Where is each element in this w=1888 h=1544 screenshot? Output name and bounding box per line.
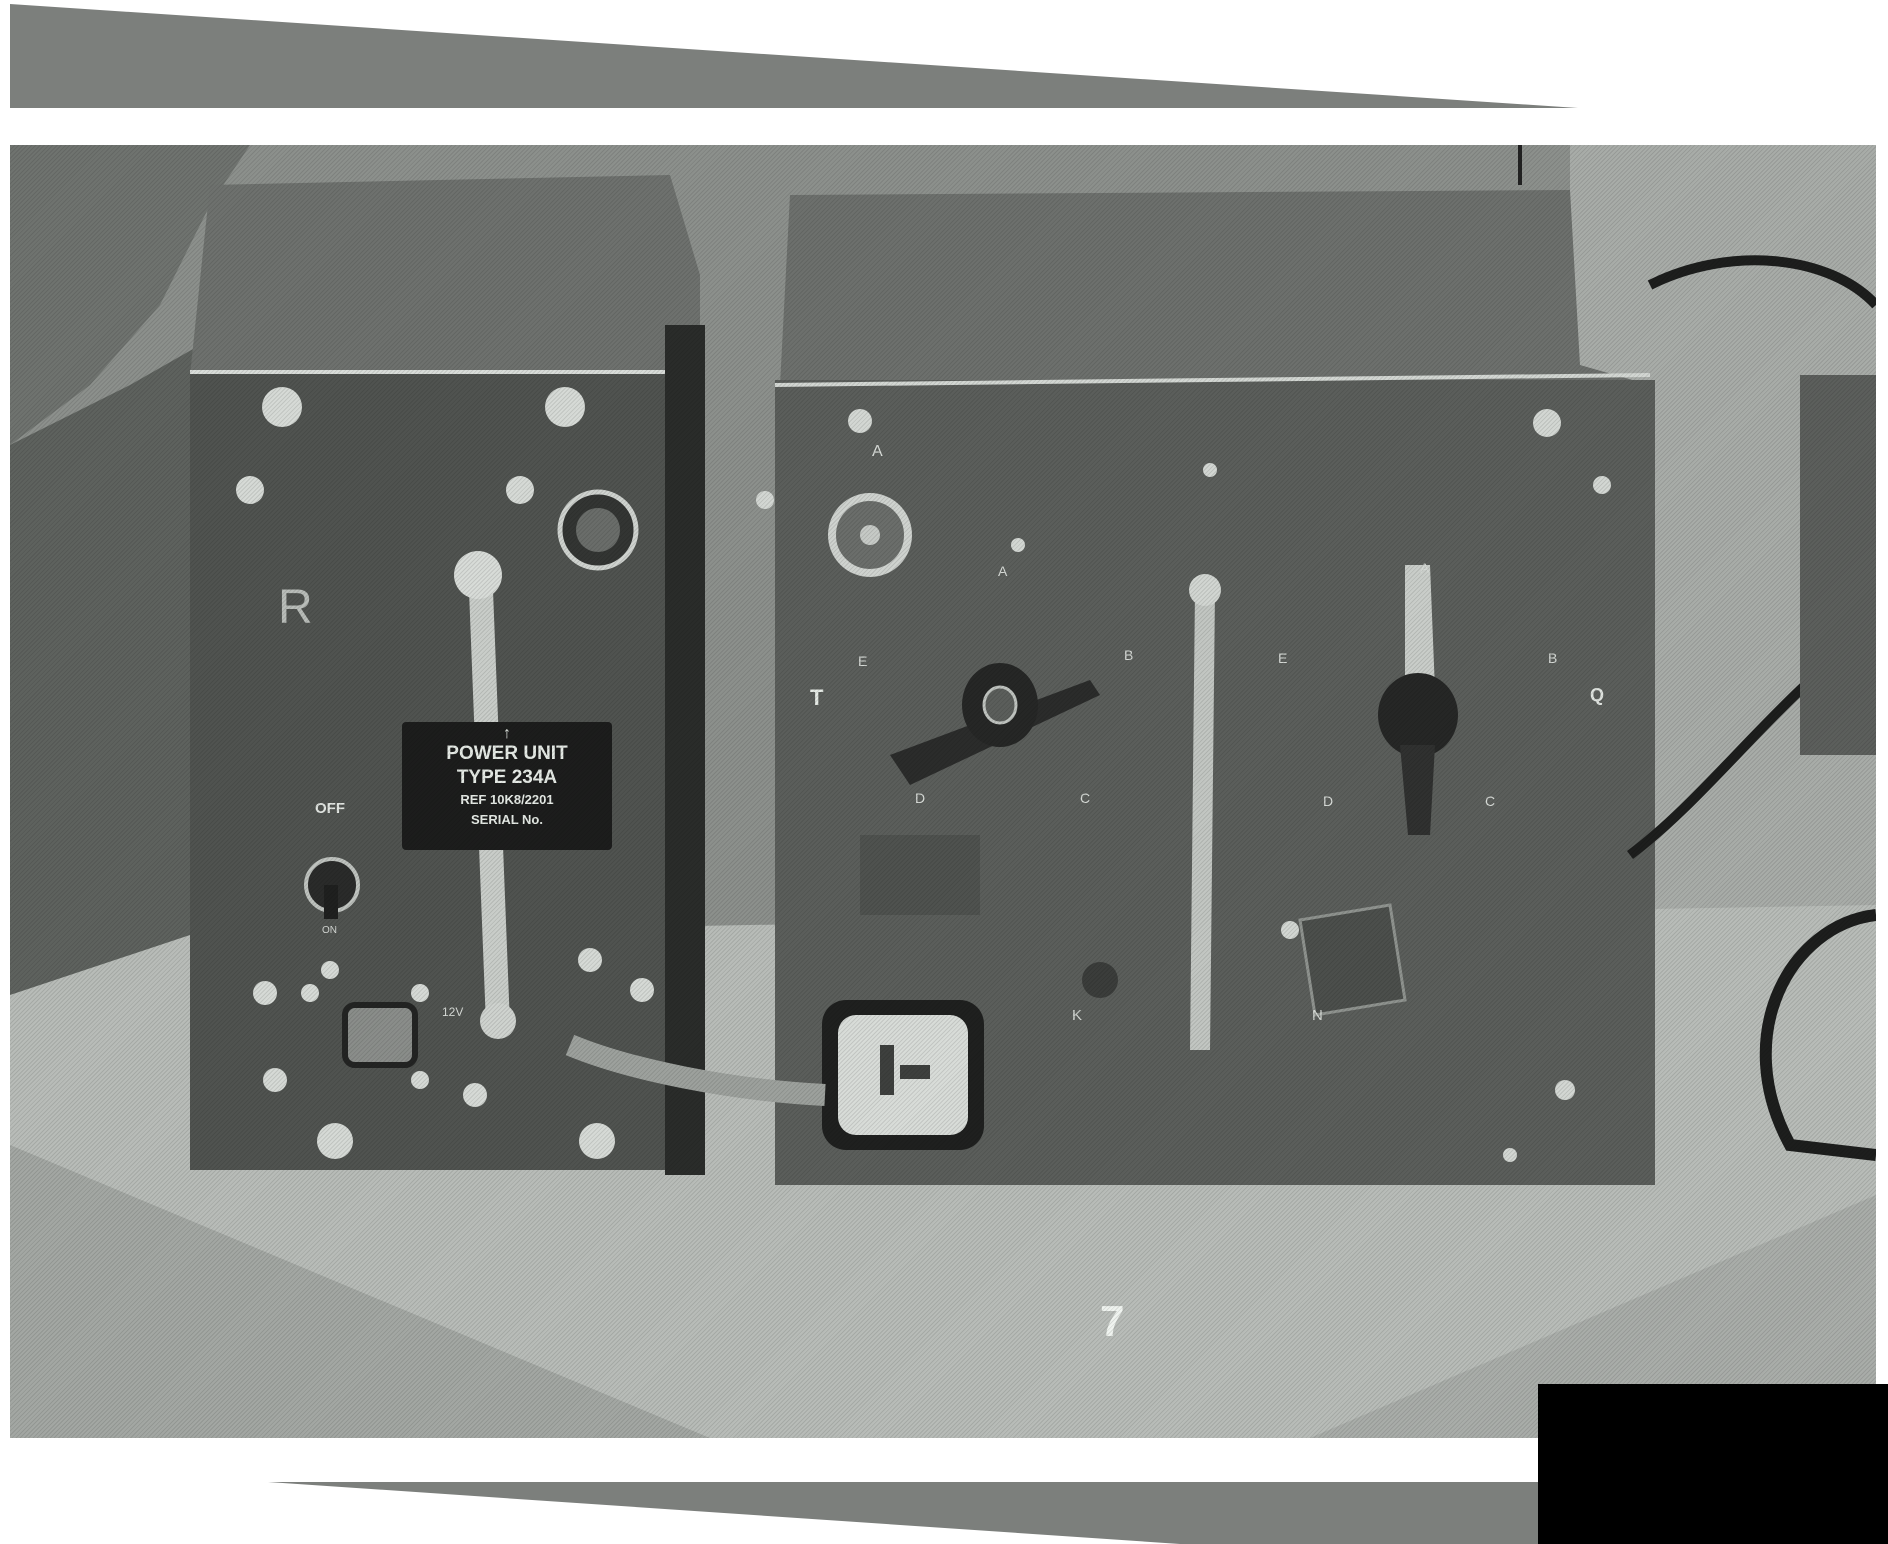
equipment-photo: R ↑ POWER UNIT TYPE 234A REF 10K8/2201 S… <box>10 145 1876 1438</box>
left-dial-d: D <box>915 790 925 806</box>
nameplate-title: POWER UNIT <box>402 742 612 766</box>
top-wedge-band <box>0 0 1888 140</box>
right-rotary-knob[interactable] <box>1378 528 1458 612</box>
label-n: N <box>1312 1007 1323 1024</box>
power-toggle-switch[interactable] <box>306 857 358 919</box>
label-k: K <box>1072 1007 1082 1024</box>
right-dial-b: B <box>1548 650 1557 666</box>
nameplate-ref: REF 10K8/2201 <box>402 790 612 810</box>
redaction-block <box>1538 1384 1888 1544</box>
switch-label-on: ON <box>322 925 337 936</box>
switch-label-off: OFF <box>315 800 345 817</box>
photo-scene <box>10 145 1876 1438</box>
right-dial-e: E <box>1278 650 1287 666</box>
nameplate-type: TYPE 234A <box>402 766 612 790</box>
nameplate-arrow: ↑ <box>402 726 612 742</box>
right-dial-d: D <box>1323 793 1333 809</box>
caption-number: 7 <box>1100 1297 1124 1347</box>
main-label-q: Q <box>1590 685 1604 706</box>
socket-label-a: A <box>872 443 883 461</box>
right-dial-c: C <box>1485 793 1495 809</box>
power-unit <box>190 175 705 1175</box>
voltage-label: 12V <box>442 1005 463 1019</box>
left-rotary-knob[interactable] <box>962 518 1038 602</box>
panel-letter-r: R <box>278 580 313 635</box>
left-dial-b: B <box>1124 647 1133 663</box>
left-dial-c: C <box>1080 790 1090 806</box>
nameplate-serial: SERIAL No. <box>402 810 612 830</box>
left-dial-e: E <box>858 653 867 669</box>
power-unit-nameplate: ↑ POWER UNIT TYPE 234A REF 10K8/2201 SER… <box>402 722 612 850</box>
main-label-t: T <box>810 685 823 711</box>
